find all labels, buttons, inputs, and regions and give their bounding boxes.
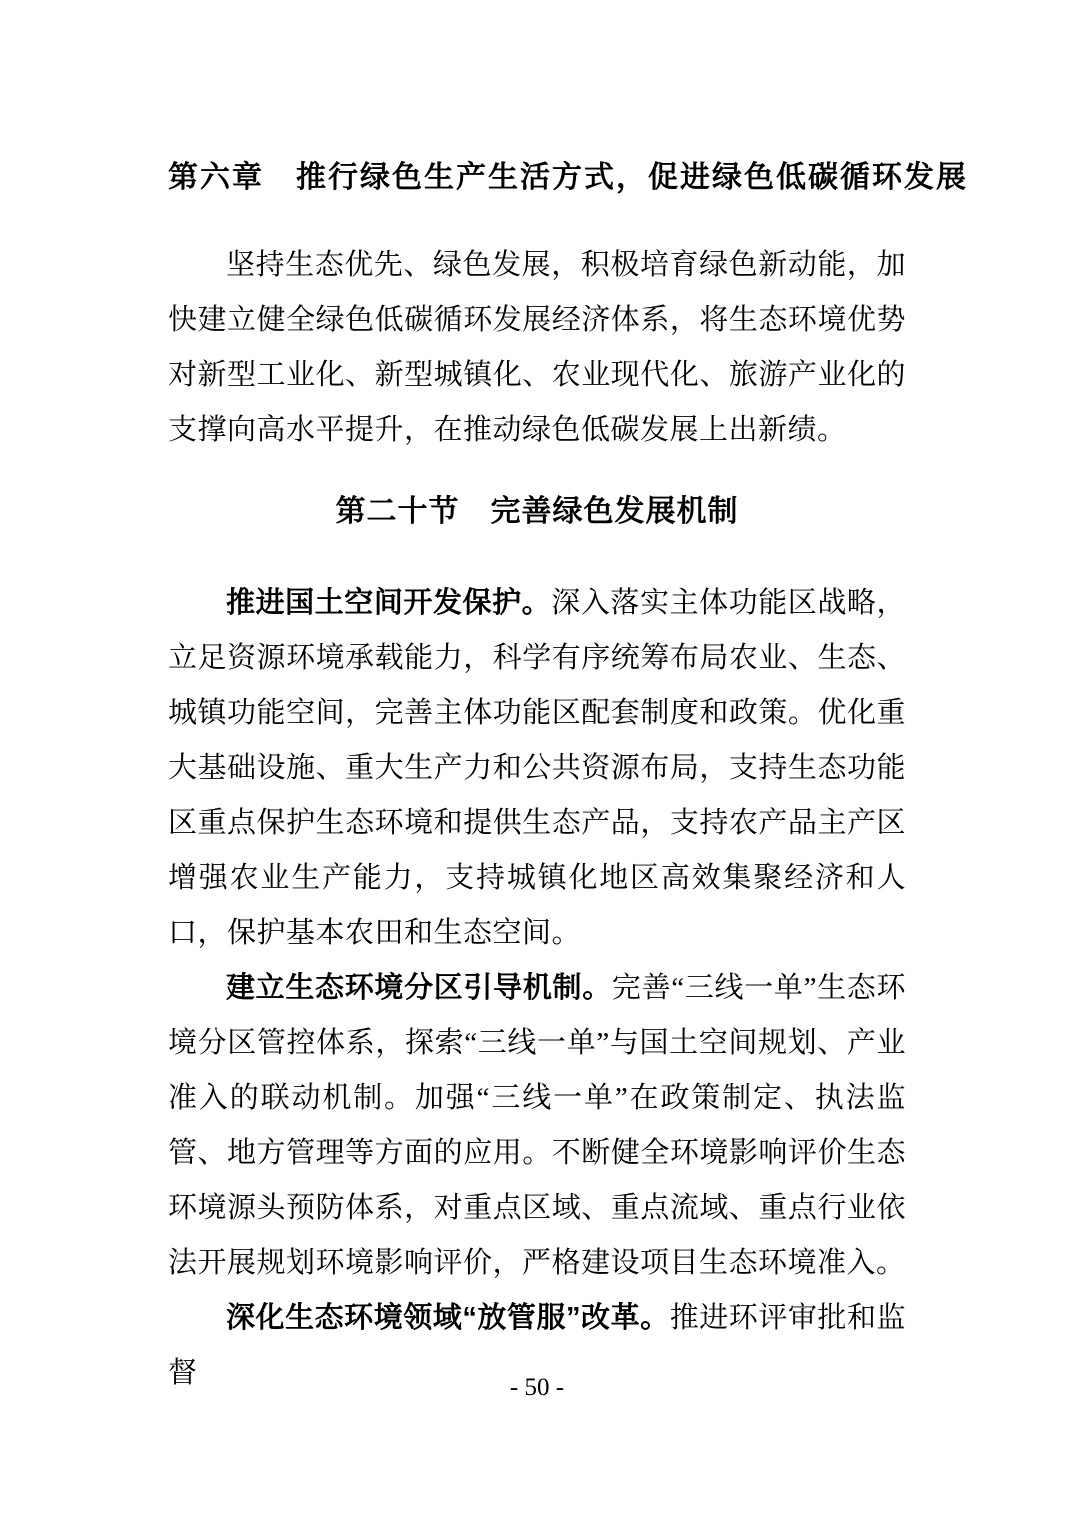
- paragraph-lead: 建立生态环境分区引导机制。: [226, 972, 612, 1004]
- intro-paragraph: 坚持生态优先、绿色发展，积极培育绿色新动能，加快建立健全绿色低碳循环发展经济体系…: [168, 238, 906, 458]
- chapter-title: 第六章 推行绿色生产生活方式，促进绿色低碳循环发展: [168, 150, 906, 206]
- paragraph-lead: 推进国土空间开发保护。: [226, 587, 551, 619]
- paragraph-lead: 深化生态环境领域“放管服”改革。: [226, 1302, 670, 1334]
- page-content: 第六章 推行绿色生产生活方式，促进绿色低碳循环发展 坚持生态优先、绿色发展，积极…: [168, 150, 906, 1401]
- document-page: 第六章 推行绿色生产生活方式，促进绿色低碳循环发展 坚持生态优先、绿色发展，积极…: [0, 0, 1074, 1520]
- page-number: - 50 -: [0, 1372, 1074, 1404]
- section-title: 第二十节 完善绿色发展机制: [168, 484, 906, 540]
- paragraph-text: 完善“三线一单”生态环境分区管控体系，探索“三线一单”与国土空间规划、产业准入的…: [168, 972, 906, 1279]
- body-paragraph: 建立生态环境分区引导机制。完善“三线一单”生态环境分区管控体系，探索“三线一单”…: [168, 961, 906, 1291]
- paragraph-text: 深入落实主体功能区战略，立足资源环境承载能力，科学有序统筹布局农业、生态、城镇功…: [168, 587, 906, 949]
- body-paragraph: 推进国土空间开发保护。深入落实主体功能区战略，立足资源环境承载能力，科学有序统筹…: [168, 576, 906, 961]
